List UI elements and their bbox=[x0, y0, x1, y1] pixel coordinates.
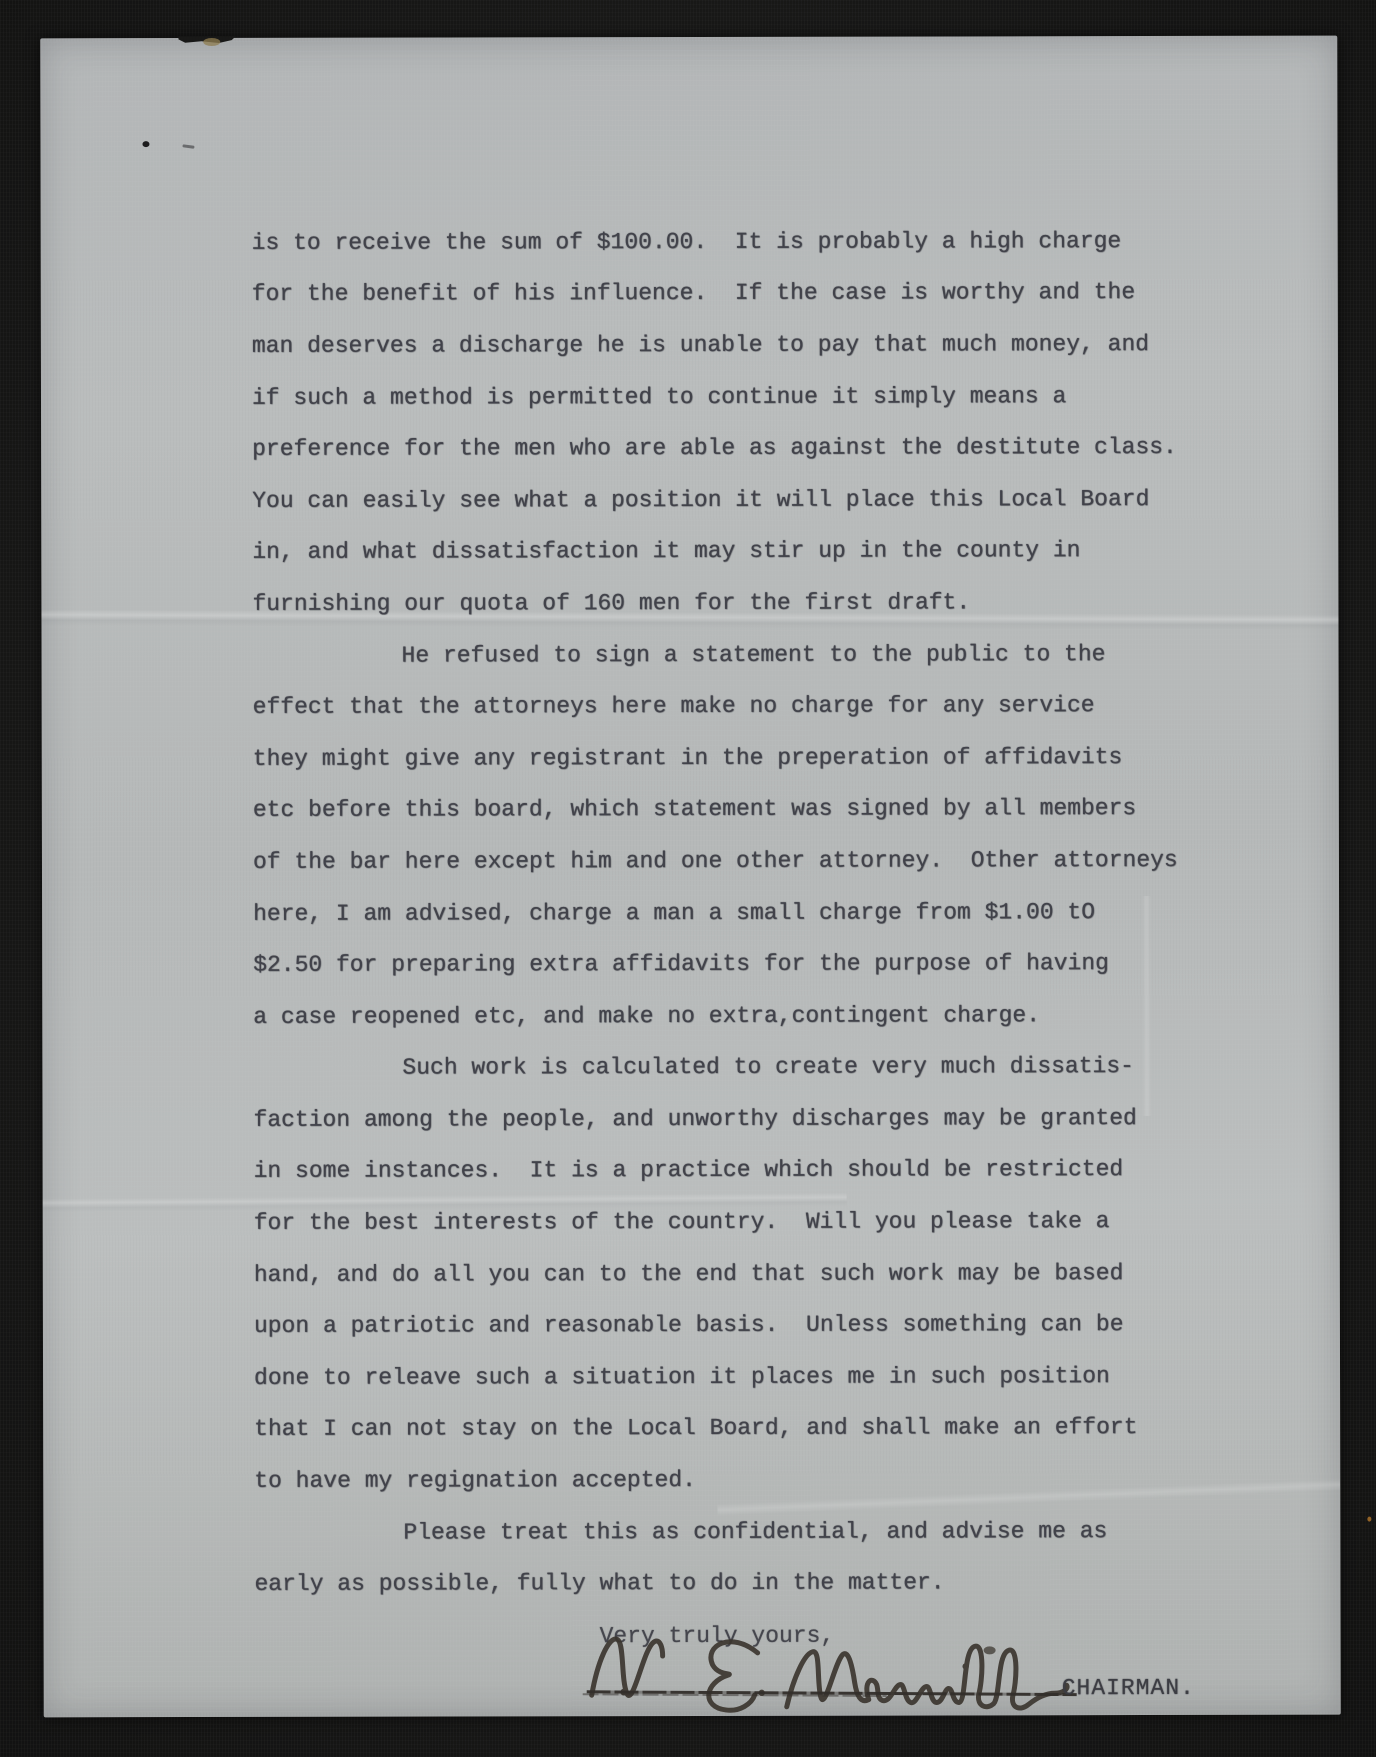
dust-speck bbox=[1367, 1517, 1371, 1522]
letter-line: hand, and do all you can to the end that… bbox=[254, 1247, 1214, 1301]
paper-stain-spot bbox=[203, 38, 220, 46]
letter-line: that I can not stay on the Local Board, … bbox=[254, 1402, 1214, 1456]
scanned-letter-screenshot: is to receive the sum of $100.00. It is … bbox=[0, 0, 1376, 1757]
letter-line: faction among the people, and unworthy d… bbox=[253, 1092, 1213, 1146]
letter-line: for the benefit of his influence. If the… bbox=[252, 267, 1212, 321]
letter-line: here, I am advised, charge a man a small… bbox=[253, 886, 1213, 940]
letter-line: they might give any registrant in the pr… bbox=[253, 731, 1213, 785]
letter-paper: is to receive the sum of $100.00. It is … bbox=[40, 36, 1341, 1718]
letter-line: in, and what dissatisfaction it may stir… bbox=[252, 524, 1212, 578]
letter-line: in some instances. It is a practice whic… bbox=[254, 1144, 1214, 1198]
letter-body: is to receive the sum of $100.00. It is … bbox=[252, 215, 1215, 1610]
signature-title: CHAIRMAN. bbox=[1062, 1675, 1195, 1701]
letter-line: done to releave such a situation it plac… bbox=[254, 1350, 1214, 1404]
letter-line: furnishing our quota of 160 men for the … bbox=[252, 576, 1212, 630]
letter-line: upon a patriotic and reasonable basis. U… bbox=[254, 1298, 1214, 1352]
letter-line: You can easily see what a position it wi… bbox=[252, 473, 1212, 527]
letter-line: preference for the men who are able as a… bbox=[252, 421, 1212, 475]
letter-line: early as possible, fully what to do in t… bbox=[254, 1556, 1214, 1610]
letter-line: is to receive the sum of $100.00. It is … bbox=[252, 215, 1212, 269]
ink-speck-dot bbox=[142, 141, 149, 147]
letter-line: man deserves a discharge he is unable to… bbox=[252, 318, 1212, 372]
letter-line: to have my regignation accepted. bbox=[254, 1453, 1214, 1507]
letter-line: He refused to sign a statement to the pu… bbox=[252, 628, 1212, 682]
letter-line: for the best interests of the country. W… bbox=[254, 1195, 1214, 1249]
letter-line: Such work is calculated to create very m… bbox=[253, 1040, 1213, 1094]
letter-line: a case reopened etc, and make no extra,c… bbox=[253, 989, 1213, 1043]
letter-line: etc before this board, which statement w… bbox=[253, 782, 1213, 836]
ink-speck-dash bbox=[182, 144, 194, 149]
letter-line: Please treat this as confidential, and a… bbox=[254, 1505, 1214, 1559]
letter-line: of the bar here except him and one other… bbox=[253, 834, 1213, 888]
signature-handwritten bbox=[562, 1624, 1082, 1715]
letter-line: if such a method is permitted to continu… bbox=[252, 370, 1212, 424]
letter-line: effect that the attorneys here make no c… bbox=[253, 679, 1213, 733]
letter-line: $2.50 for preparing extra affidavits for… bbox=[253, 937, 1213, 991]
